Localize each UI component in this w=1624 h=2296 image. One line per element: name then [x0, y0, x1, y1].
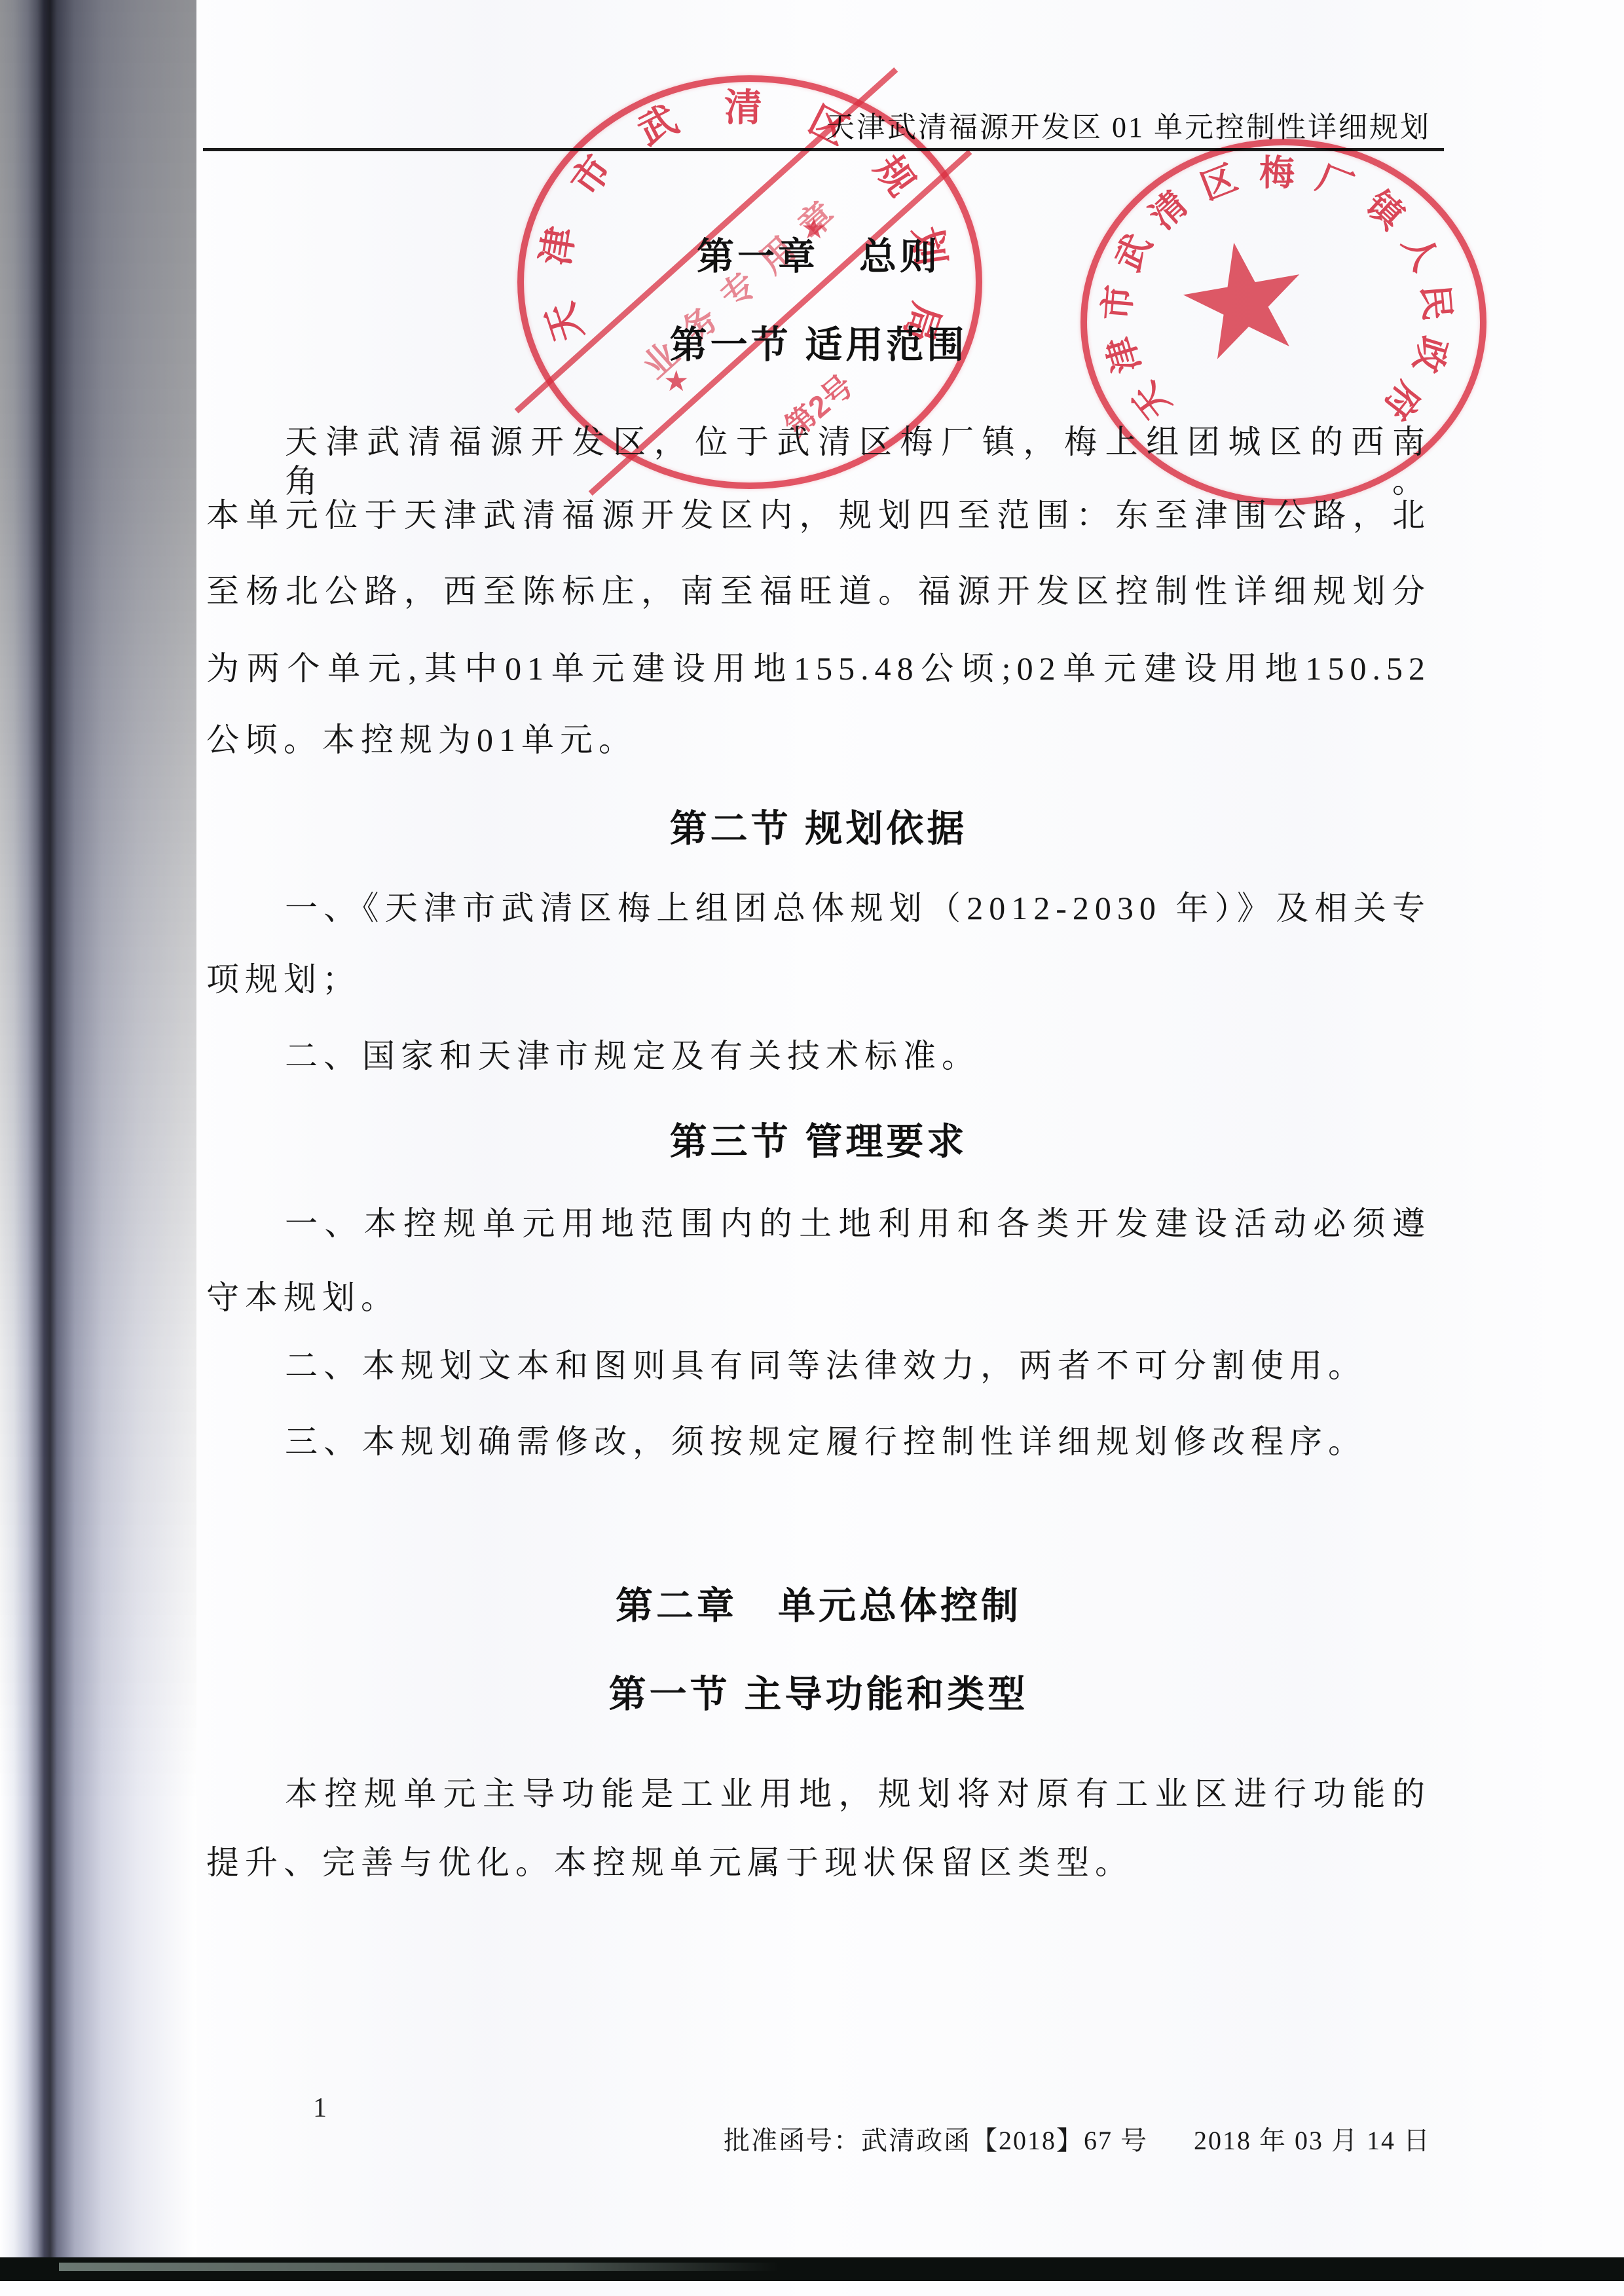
- paragraph-line: 二、本规划文本和图则具有同等法律效力，两者不可分割使用。: [285, 1346, 1367, 1385]
- paragraph-line: 至杨北公路，西至陈标庄，南至福旺道。福源开发区控制性详细规划分: [206, 572, 1431, 611]
- approval-date: 2018 年 03 月 14 日: [1194, 2126, 1431, 2155]
- paragraph-line: 项规划；: [206, 960, 361, 999]
- chapter1-heading: 第一章 总则: [206, 236, 1431, 278]
- scan-bottom-edge-highlight: [59, 2263, 779, 2271]
- paragraph-line: 一、《天津市武清区梅上组团总体规划（2012-2030 年）》及相关专: [285, 888, 1431, 928]
- paragraph-line: 二、国家和天津市规定及有关技术标准。: [285, 1036, 980, 1076]
- paragraph-line: 本单元位于天津武清福源开发区内，规划四至范围：东至津围公路，北: [206, 496, 1431, 535]
- section1-2-heading: 第二节 规划依据: [206, 809, 1431, 850]
- paragraph-line: 为两个单元,其中01单元建设用地155.48公顷;02单元建设用地150.52: [206, 649, 1431, 688]
- star-icon: ★: [663, 367, 689, 396]
- scanned-document-page: 天津武清福源开发区 01 单元控制性详细规划 天津市武清区规划局 业务专用章 第…: [0, 0, 1624, 2296]
- page-number: 1: [313, 2092, 327, 2124]
- approval-number: 批准函号：武清政函【2018】67 号: [724, 2126, 1148, 2155]
- paragraph-line: 守本规划。: [206, 1278, 399, 1317]
- paragraph-line: 一、本控规单元用地范围内的土地利用和各类开发建设活动必须遵: [285, 1204, 1431, 1243]
- paragraph-line: 本控规单元主导功能是工业用地，规划将对原有工业区进行功能的: [285, 1774, 1431, 1813]
- scan-left-spine-shade: [0, 0, 196, 2259]
- paragraph-line: 提升、完善与优化。本控规单元属于现状保留区类型。: [206, 1843, 1134, 1882]
- section1-1-heading: 第一节 适用范围: [206, 325, 1431, 366]
- section2-1-heading: 第一节 主导功能和类型: [206, 1674, 1431, 1715]
- chapter2-heading: 第二章 单元总体控制: [206, 1586, 1431, 1627]
- paragraph-line: 三、本规划确需修改，须按规定履行控制性详细规划修改程序。: [285, 1422, 1367, 1461]
- section1-3-heading: 第三节 管理要求: [206, 1121, 1431, 1163]
- approval-footer: 批准函号：武清政函【2018】67 号2018 年 03 月 14 日: [724, 2120, 1431, 2157]
- paragraph-line: 天津武清福源开发区，位于武清区梅厂镇，梅上组团城区的西南角。: [285, 422, 1431, 501]
- scan-bottom-edge: [0, 2257, 1624, 2281]
- paragraph-line: 公顷。本控规为01单元。: [206, 720, 637, 759]
